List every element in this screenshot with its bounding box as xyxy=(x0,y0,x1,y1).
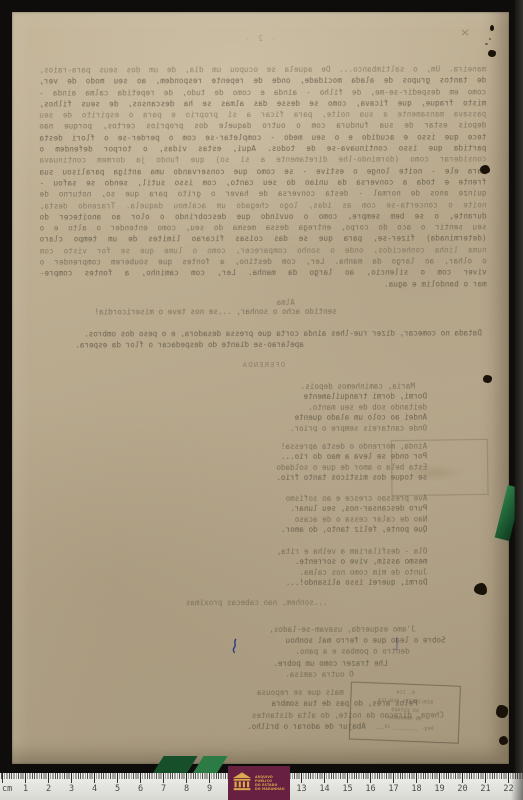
ruler-number: 8 xyxy=(175,784,198,794)
ruler-number: 4 xyxy=(83,784,106,794)
building-icon xyxy=(232,772,252,795)
ruler-number: 21 xyxy=(474,784,497,794)
paper: - 2 - maneira. Um, o saltimbanco... De a… xyxy=(12,12,509,764)
ruler-number: 7 xyxy=(152,784,175,794)
ruler-number: 14 xyxy=(313,784,336,794)
ruler-number: 13 xyxy=(290,784,313,794)
ink-speck xyxy=(489,38,491,40)
cm-label: cm xyxy=(2,784,12,794)
ruler-number: 5 xyxy=(106,784,129,794)
ruler-number: 17 xyxy=(382,784,405,794)
logo-text: ARQUIVOPUBLICODO ESTADODO MARANHAO xyxy=(255,775,285,791)
ruler-number: 18 xyxy=(405,784,428,794)
ruler-number: 19 xyxy=(428,784,451,794)
ink-speck xyxy=(485,43,488,45)
blue-pen-mark xyxy=(231,638,239,658)
ink-blot xyxy=(483,375,492,383)
ink-blot xyxy=(474,583,487,595)
ruler-number: 6 xyxy=(129,784,152,794)
ruler: cm 12345678910111213141516171819202122 A… xyxy=(0,773,523,800)
logo-text-line: DO MARANHAO xyxy=(255,787,285,791)
ruler-number: 1 xyxy=(14,784,37,794)
ruler-number: 16 xyxy=(359,784,382,794)
ink-blot xyxy=(480,165,490,174)
blue-pen-mark xyxy=(394,636,400,655)
ruler-number: 9 xyxy=(198,784,221,794)
ruler-number: 15 xyxy=(336,784,359,794)
ink-blot xyxy=(490,25,494,31)
ruler-number: 22 xyxy=(497,784,520,794)
ruler-number: 20 xyxy=(451,784,474,794)
archive-logo: ARQUIVOPUBLICODO ESTADODO MARANHAO xyxy=(228,766,290,800)
ink-marks-layer xyxy=(12,12,509,764)
ruler-number: 2 xyxy=(37,784,60,794)
scan-edge-shadow xyxy=(514,0,523,773)
ink-blot xyxy=(488,50,496,57)
ink-blot xyxy=(499,736,508,745)
pencil-x-mark xyxy=(461,28,469,36)
ink-blot xyxy=(496,705,508,718)
scanned-page: - 2 - maneira. Um, o saltimbanco... De a… xyxy=(0,0,523,800)
ruler-number: 3 xyxy=(60,784,83,794)
